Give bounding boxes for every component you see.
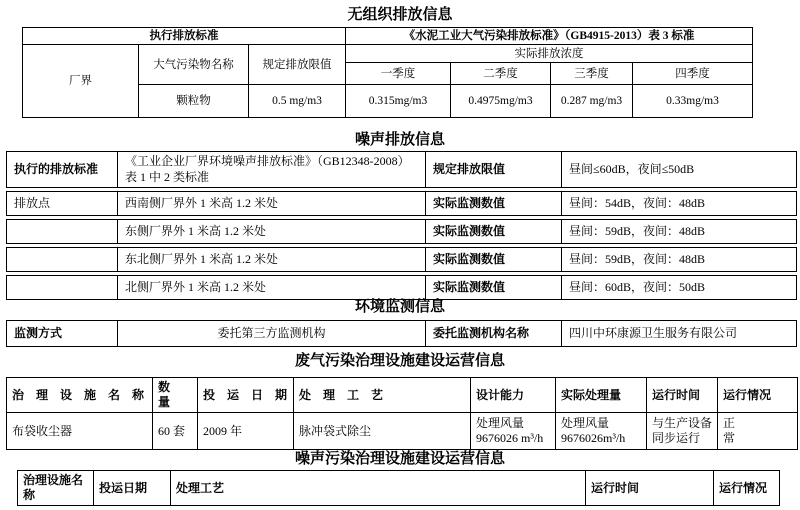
noise-point-label [7, 220, 117, 243]
monitoring-org-label: 委托监测机构名称 [425, 321, 561, 346]
noise-actual-value: 昼间：60dB，夜间：50dB [561, 276, 796, 299]
noise-point-location: 东北侧厂界外 1 米高 1.2 米处 [117, 248, 425, 271]
gas-facility-table: 治 理 设 施 名 称 数 量 投 运 日 期 处 理 工 艺 设计能力 实际处… [6, 377, 798, 450]
section-title-fugitive-emission: 无组织排放信息 [0, 6, 800, 24]
gas-process: 脉冲袋式除尘 [294, 413, 471, 450]
exec-standard-label: 执行排放标准 [23, 28, 346, 45]
section-title-gas-facility: 废气污染治理设施建设运营信息 [0, 352, 800, 370]
noise-point-label: 排放点 [7, 192, 117, 215]
noise-point-location: 西南侧厂界外 1 米高 1.2 米处 [117, 192, 425, 215]
section-title-noise-facility: 噪声污染治理设施建设运营信息 [0, 450, 800, 468]
section-title-monitoring: 环境监测信息 [0, 298, 800, 316]
noise-facility-header-runtime: 运行时间 [586, 471, 714, 506]
quarter-2-header: 二季度 [451, 63, 551, 85]
noise-monitor-row: 排放点 西南侧厂界外 1 米高 1.2 米处 实际监测数值 昼间：54dB，夜间… [6, 191, 797, 216]
pollutant-value: 颗粒物 [139, 85, 249, 118]
noise-standard-value: 《工业企业厂界环境噪声排放标准》（GB12348-2008）表 1 中 2 类标… [117, 152, 425, 187]
boundary-label: 厂界 [23, 45, 139, 118]
gas-header-design-capacity: 设计能力 [471, 378, 556, 413]
quarter-3-value: 0.287 mg/m3 [551, 85, 633, 118]
noise-point-label [7, 276, 117, 299]
gas-runtime: 与生产设备 同步运行 [647, 413, 718, 450]
noise-monitor-row: 东北侧厂界外 1 米高 1.2 米处 实际监测数值 昼间：59dB，夜间：48d… [6, 247, 797, 272]
noise-facility-header-status: 运行情况 [714, 471, 780, 506]
environmental-disclosure-page: 无组织排放信息 执行排放标准 《水泥工业大气污染排放标准》（GB4915-201… [0, 0, 800, 510]
noise-facility-header-name: 治理设施名称 [18, 471, 94, 506]
noise-actual-label: 实际监测数值 [425, 192, 561, 215]
noise-standard-row: 执行的排放标准 《工业企业厂界环境噪声排放标准》（GB12348-2008）表 … [6, 151, 797, 188]
gas-header-actual-capacity: 实际处理量 [556, 378, 647, 413]
noise-actual-label: 实际监测数值 [425, 276, 561, 299]
noise-point-label [7, 248, 117, 271]
noise-limit-value: 昼间≤60dB，夜间≤50dB [561, 152, 796, 187]
gas-quantity: 60 套 [153, 413, 198, 450]
noise-point-location: 北侧厂界外 1 米高 1.2 米处 [117, 276, 425, 299]
noise-facility-header-process: 处理工艺 [171, 471, 586, 506]
noise-standard-label: 执行的排放标准 [7, 152, 117, 187]
pollutant-name-label: 大气污染物名称 [139, 45, 249, 85]
limit-value: 0.5 mg/m3 [249, 85, 346, 118]
noise-actual-value: 昼间：59dB，夜间：48dB [561, 248, 796, 271]
noise-monitor-row: 北侧厂界外 1 米高 1.2 米处 实际监测数值 昼间：60dB，夜间：50dB [6, 275, 797, 300]
actual-concentration-label: 实际排放浓度 [346, 45, 753, 63]
fugitive-emission-table: 执行排放标准 《水泥工业大气污染排放标准》（GB4915-2013）表 3 标准… [22, 27, 753, 118]
monitoring-info-row: 监测方式 委托第三方监测机构 委托监测机构名称 四川中环康源卫生服务有限公司 [6, 320, 797, 347]
gas-status: 正 常 [718, 413, 798, 450]
gas-header-quantity: 数 量 [153, 378, 198, 413]
noise-actual-value: 昼间：54dB，夜间：48dB [561, 192, 796, 215]
gas-facility-name: 布袋收尘器 [7, 413, 153, 450]
noise-facility-table: 治理设施名称 投运日期 处理工艺 运行时间 运行情况 [17, 470, 780, 506]
monitoring-org-value: 四川中环康源卫生服务有限公司 [561, 321, 796, 346]
quarter-1-header: 一季度 [346, 63, 451, 85]
gas-header-start-date: 投 运 日 期 [198, 378, 294, 413]
noise-limit-label: 规定排放限值 [425, 152, 561, 187]
gas-header-process: 处 理 工 艺 [294, 378, 471, 413]
noise-facility-header-start-date: 投运日期 [94, 471, 171, 506]
monitoring-method-value: 委托第三方监测机构 [117, 321, 425, 346]
quarter-3-header: 三季度 [551, 63, 633, 85]
section-title-noise-emission: 噪声排放信息 [0, 131, 800, 149]
limit-label: 规定排放限值 [249, 45, 346, 85]
gas-start-date: 2009 年 [198, 413, 294, 450]
quarter-4-header: 四季度 [633, 63, 753, 85]
quarter-1-value: 0.315mg/m3 [346, 85, 451, 118]
gas-header-runtime: 运行时间 [647, 378, 718, 413]
noise-point-location: 东侧厂界外 1 米高 1.2 米处 [117, 220, 425, 243]
monitoring-method-label: 监测方式 [7, 321, 117, 346]
quarter-2-value: 0.4975mg/m3 [451, 85, 551, 118]
quarter-4-value: 0.33mg/m3 [633, 85, 753, 118]
gas-header-status: 运行情况 [718, 378, 798, 413]
noise-monitor-row: 东侧厂界外 1 米高 1.2 米处 实际监测数值 昼间：59dB，夜间：48dB [6, 219, 797, 244]
noise-actual-value: 昼间：59dB，夜间：48dB [561, 220, 796, 243]
gas-design-capacity: 处理风量 9676026 m³/h [471, 413, 556, 450]
exec-standard-value: 《水泥工业大气污染排放标准》（GB4915-2013）表 3 标准 [346, 28, 753, 45]
gas-header-facility-name: 治 理 设 施 名 称 [7, 378, 153, 413]
noise-actual-label: 实际监测数值 [425, 248, 561, 271]
gas-actual-capacity: 处理风量 9676026m³/h [556, 413, 647, 450]
noise-actual-label: 实际监测数值 [425, 220, 561, 243]
